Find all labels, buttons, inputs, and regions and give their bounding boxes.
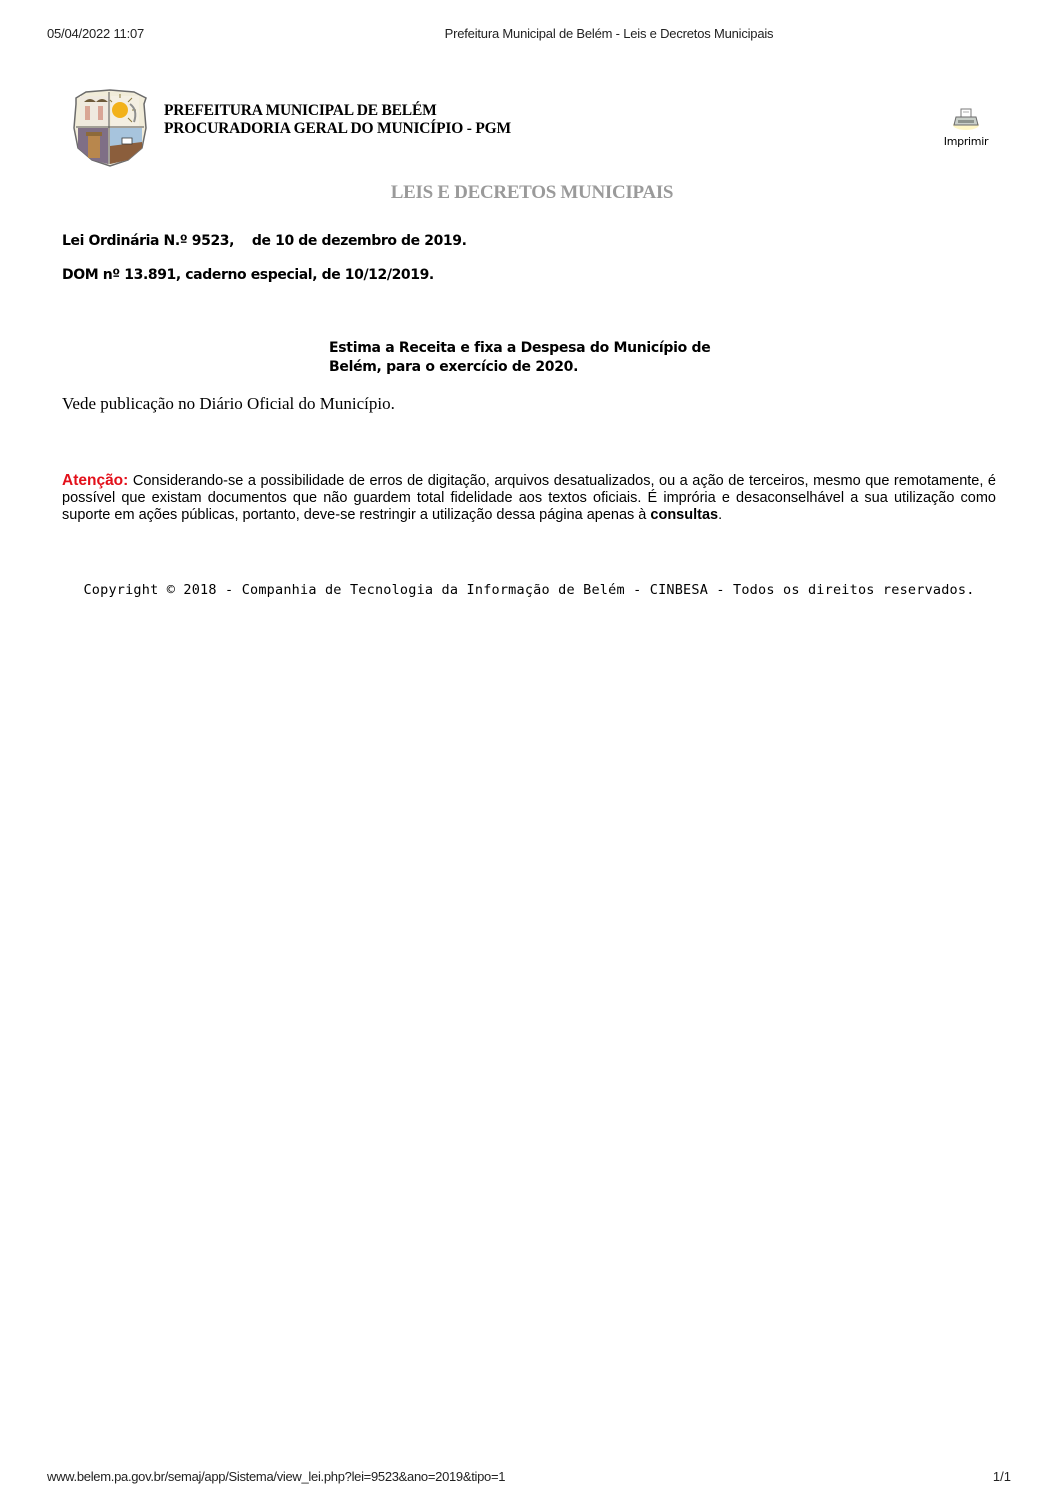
notice-emphasis: consultas — [650, 507, 718, 523]
notice-label: Atenção: — [62, 472, 128, 489]
print-label: Imprimir — [944, 135, 988, 148]
law-body: Vede publicação no Diário Oficial do Mun… — [62, 394, 395, 414]
law-dom-reference: DOM nº 13.891, caderno especial, de 10/1… — [62, 267, 434, 283]
law-title: Lei Ordinária N.º 9523, de 10 de dezembr… — [62, 233, 467, 249]
print-button[interactable]: Imprimir — [935, 108, 997, 150]
org-line-1: PREFEITURA MUNICIPAL DE BELÉM — [164, 102, 511, 120]
page-number: 1/1 — [993, 1469, 1011, 1484]
disclaimer-notice: Atenção: Considerando-se a possibilidade… — [62, 472, 996, 524]
belem-coat-of-arms-icon — [70, 88, 150, 168]
copyright-notice: Copyright © 2018 - Companhia de Tecnolog… — [62, 582, 996, 599]
notice-text: Considerando-se a possibilidade de erros… — [62, 473, 996, 523]
notice-end: . — [718, 507, 722, 523]
printer-icon — [951, 108, 981, 135]
print-footer: www.belem.pa.gov.br/semaj/app/Sistema/vi… — [0, 1482, 1058, 1497]
law-ementa: Estima a Receita e fixa a Despesa do Mun… — [329, 339, 749, 377]
print-header: 05/04/2022 11:07 Prefeitura Municipal de… — [0, 26, 1058, 42]
section-heading: LEIS E DECRETOS MUNICIPAIS — [0, 182, 1058, 204]
org-line-2: PROCURADORIA GERAL DO MUNICÍPIO - PGM — [164, 120, 511, 138]
page-url: www.belem.pa.gov.br/semaj/app/Sistema/vi… — [47, 1469, 505, 1484]
organization-title: PREFEITURA MUNICIPAL DE BELÉM PROCURADOR… — [164, 102, 511, 138]
print-page-title: Prefeitura Municipal de Belém - Leis e D… — [0, 26, 1058, 41]
